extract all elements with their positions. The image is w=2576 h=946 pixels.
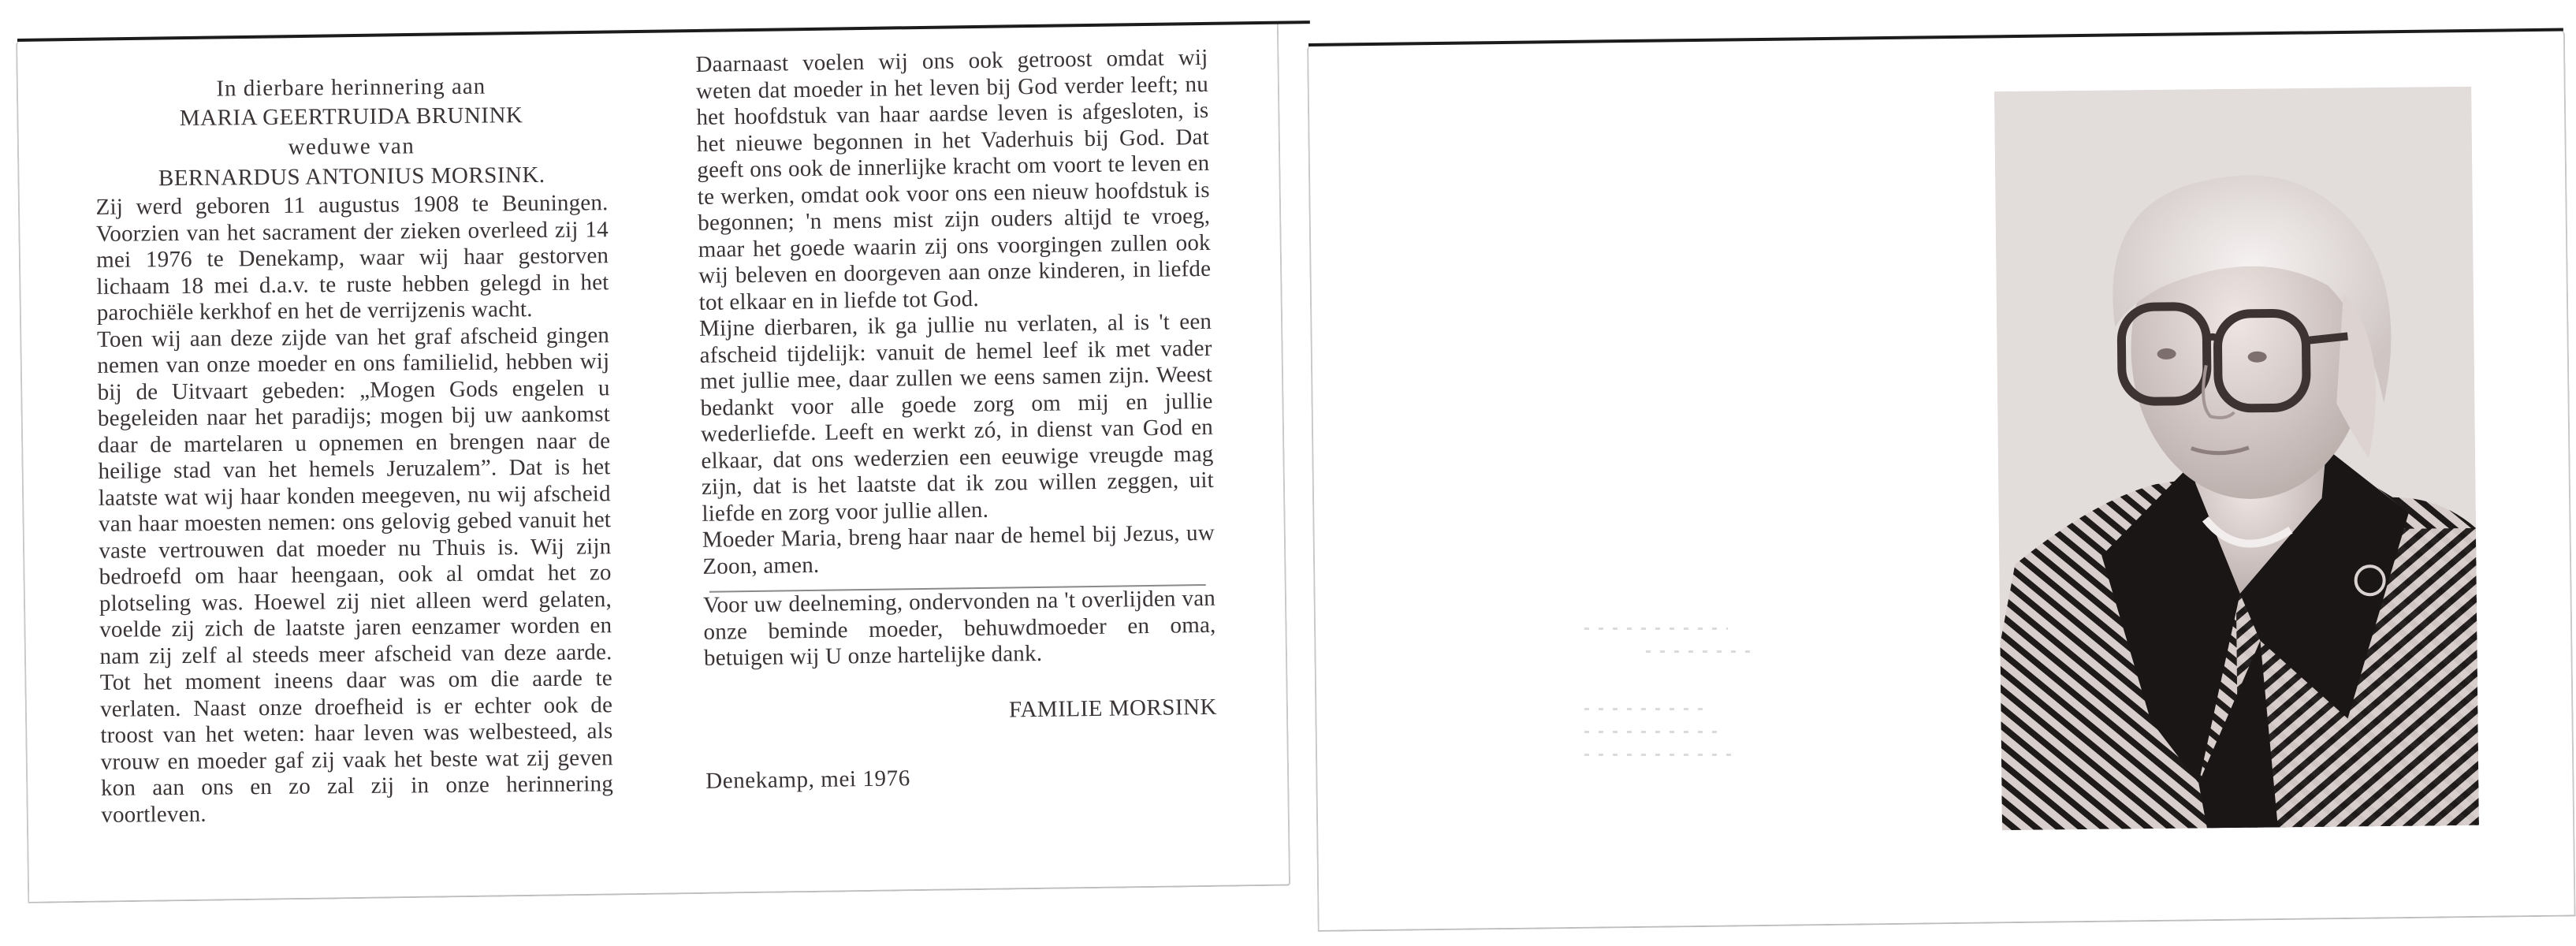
biography-paragraph: Zij werd geboren 11 augustus 1908 te Beu… (95, 190, 609, 326)
farewell-message-paragraph: Mijne dierbaren, ik ga jullie nu verlate… (699, 309, 1215, 527)
middle-text-column: Daarnaast voelen wij ons ook getroost om… (695, 45, 1218, 795)
memorial-heading: In dierbare herinnering aan MARIA GEERTR… (95, 72, 608, 195)
thanks-paragraph: Voor uw deelneming, ondervonden na 't ov… (703, 586, 1216, 672)
bleed-through-marks (1584, 607, 1789, 765)
card-top-edge (1308, 28, 2563, 47)
prayer-text: Moeder Maria, breng haar naar de hemel b… (702, 520, 1215, 580)
card-top-edge (17, 20, 1310, 42)
relation-text: weduwe van (95, 130, 608, 163)
left-text-column: In dierbare herinnering aan MARIA GEERTR… (95, 72, 613, 829)
portrait-photo (1994, 87, 2479, 830)
place-date: Denekamp, mei 1976 (705, 762, 1218, 795)
heading-intro: In dierbare herinnering aan (95, 72, 607, 103)
deceased-name: MARIA GEERTRUIDA BRUNINK (95, 99, 607, 135)
consolation-paragraph: Daarnaast voelen wij ons ook getroost om… (695, 45, 1212, 316)
spouse-name: BERNARDUS ANTONIUS MORSINK. (95, 158, 608, 195)
memorial-card-text-side: In dierbare herinnering aan MARIA GEERTR… (16, 24, 1290, 903)
farewell-paragraph: Toen wij aan deze zijde van het graf afs… (97, 322, 614, 829)
family-signature: FAMILIE MORSINK (705, 694, 1217, 728)
